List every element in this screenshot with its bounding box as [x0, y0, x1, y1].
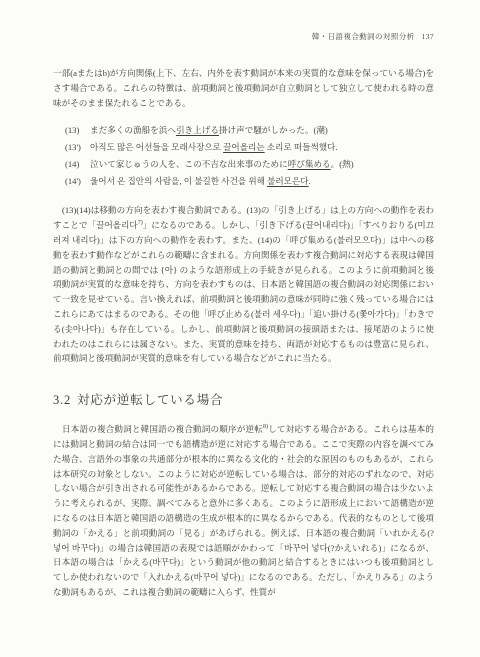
example-text: 소리로 떠들썩했다. — [265, 142, 338, 152]
example-label: (13') — [65, 139, 90, 156]
example-text: 울어서 온 집안의 사람을, 이 불길한 사건을 위해 — [90, 176, 267, 186]
running-title: 韓・日語複合動詞の対照分析 — [312, 32, 415, 41]
example-label: (13) — [65, 122, 90, 139]
example-text: 掛け声で騒がしかった。(潮) — [219, 125, 328, 135]
section-title: 対応が逆転している場合 — [77, 393, 223, 407]
examples-block: (13)まだ多くの漁船を浜へ引き上げる掛け声で騒がしかった。(潮) (13')아… — [65, 122, 434, 190]
paragraph-reversal-analysis: 日本語の複合動詞と韓国語の複合動詞の順序が逆転8)して対応する場合がある。これら… — [53, 422, 434, 600]
example-text: 泣いて家じゅうの人を、この不吉な出来事のために — [90, 159, 288, 169]
running-header: 韓・日語複合動詞の対照分析137 — [312, 31, 434, 42]
section-heading: 3.2対応が逆転している場合 — [53, 390, 434, 408]
example-line-13prime: (13')아직도 많은 어선들을 모래사장으로 끌어올리는 소리로 떠들썩했다. — [65, 139, 434, 156]
paragraph-direction-analysis: (13)(14)は移動の方向を表わす複合動詞である。(13)の「引き上げる」は上… — [53, 203, 434, 366]
page-number: 137 — [422, 32, 434, 41]
paper-page: 韓・日語複合動詞の対照分析137 一部(aまたはb)が方向関係(上下、左右、内外… — [0, 0, 480, 657]
example-line-14: (14)泣いて家じゅうの人を、この不吉な出来事のために呼び集める。(熱) — [65, 156, 434, 173]
example-underlined-verb: 引き上げる — [176, 125, 219, 135]
example-underlined-verb: 끌어올리는 — [223, 142, 265, 152]
example-text: まだ多くの漁船を浜へ — [90, 125, 176, 135]
example-label: (14) — [65, 156, 90, 173]
paragraph-text: して対応する場合がある。これらは基本的には動詞と動詞の結合は同一でも語構造が逆に… — [53, 424, 434, 597]
paragraph-intro: 一部(aまたはb)が方向関係(上下、左右、内外を表す動詞が本来の実質的な意味を保… — [53, 66, 434, 110]
example-underlined-verb: 呼び集める — [288, 159, 331, 169]
example-text: 。(熱) — [331, 159, 354, 169]
example-text: 아직도 많은 어선들을 모래사장으로 — [90, 142, 223, 152]
page-content: 一部(aまたはb)が方向関係(上下、左右、内外を表す動詞が本来の実質的な意味を保… — [53, 66, 434, 600]
paragraph-text: 日本語の複合動詞と韓国語の複合動詞の順序が逆転 — [62, 424, 263, 434]
example-line-13: (13)まだ多くの漁船を浜へ引き上げる掛け声で騒がしかった。(潮) — [65, 122, 434, 139]
example-underlined-verb: 불러모은다 — [267, 176, 309, 186]
example-label: (14') — [65, 173, 90, 190]
paragraph-text: 」になるのである。しかし、「引き下げる(끌어내리다)」「すべりおりる(미끄러져 … — [53, 220, 434, 363]
example-line-14prime: (14')울어서 온 집안의 사람을, 이 불길한 사건을 위해 불러모은다. — [65, 173, 434, 190]
section-number: 3.2 — [53, 393, 71, 407]
example-text: . — [309, 176, 311, 186]
